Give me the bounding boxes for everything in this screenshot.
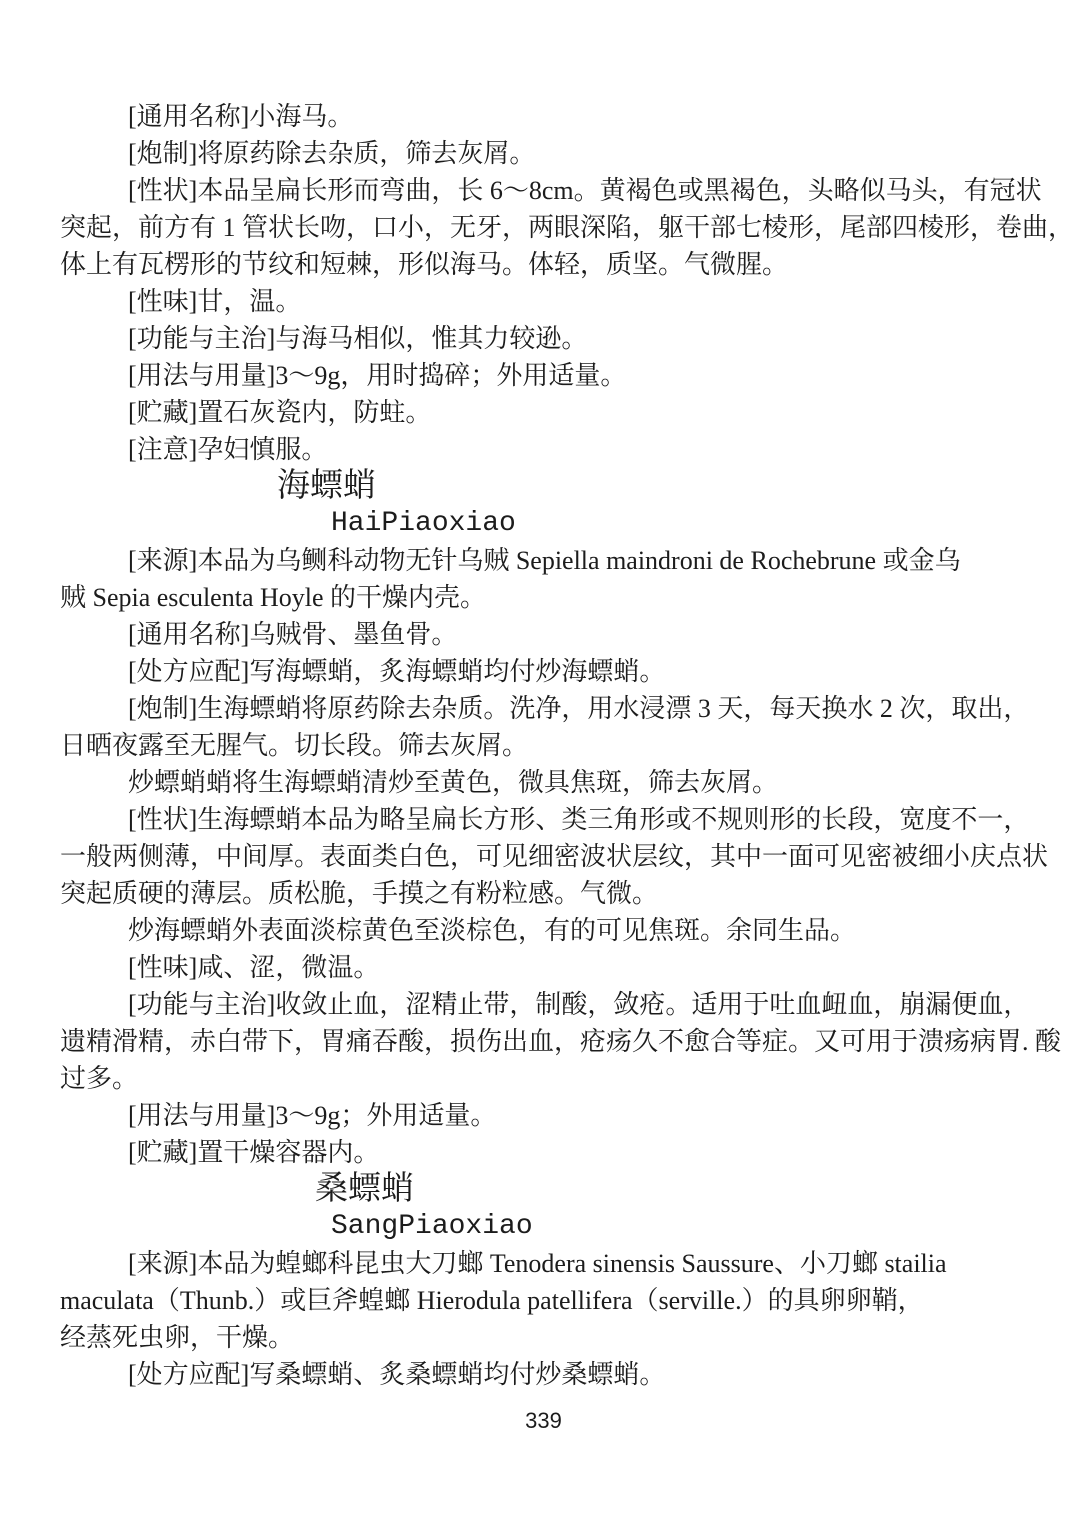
text-line: [通用名称]乌贼骨、墨鱼骨。: [60, 616, 1050, 653]
text-line: [来源]本品为蝗螂科昆虫大刀螂 Tenodera sinensis Saussu…: [60, 1245, 1050, 1282]
text-line: [性状]生海螵蛸本品为略呈扁长方形、类三角形或不规则形的长段，宽度不一，: [60, 801, 1050, 838]
text-line: 贼 Sepia esculenta Hoyle 的干燥内壳。: [60, 579, 1050, 616]
text-line: [性味]甘，温。: [60, 283, 1050, 320]
text-line: [炮制]生海螵蛸将原药除去杂质。洗净，用水浸漂 3 天，每天换水 2 次，取出，: [60, 690, 1050, 727]
document-body: [通用名称]小海马。 [炮制]将原药除去杂质，筛去灰屑。 [性状]本品呈扁长形而…: [60, 98, 1050, 1393]
text-line: 突起质硬的薄层。质松脆，手摸之有粉粒感。气微。: [60, 875, 1050, 912]
text-line: [贮藏]置石灰瓷内，防蛀。: [60, 394, 1050, 431]
text-line: [用法与用量]3～9g；外用适量。: [60, 1097, 1050, 1134]
text-line: [用法与用量]3～9g，用时捣碎；外用适量。: [60, 357, 1050, 394]
document-page: [通用名称]小海马。 [炮制]将原药除去杂质，筛去灰屑。 [性状]本品呈扁长形而…: [0, 0, 1087, 1536]
text-line: [功能与主治]与海马相似，惟其力较逊。: [60, 320, 1050, 357]
entry-title-pinyin: HaiPiaoxiao: [60, 505, 1050, 542]
text-line: [炮制]将原药除去杂质，筛去灰屑。: [60, 135, 1050, 172]
text-line: [通用名称]小海马。: [60, 98, 1050, 135]
text-line: [处方应配]写海螵蛸，炙海螵蛸均付炒海螵蛸。: [60, 653, 1050, 690]
text-line: [性味]咸、涩，微温。: [60, 949, 1050, 986]
text-line: [来源]本品为乌鲗科动物无针乌贼 Sepiella maindroni de R…: [60, 542, 1050, 579]
text-line: 体上有瓦楞形的节纹和短棘，形似海马。体轻，质坚。气微腥。: [60, 246, 1050, 283]
text-line: 炒螵蛸蛸将生海螵蛸清炒至黄色，微具焦斑，筛去灰屑。: [60, 764, 1050, 801]
entry-title-pinyin: SangPiaoxiao: [60, 1208, 1050, 1245]
text-line: [处方应配]写桑螵蛸、炙桑螵蛸均付炒桑螵蛸。: [60, 1356, 1050, 1393]
text-line: [性状]本品呈扁长形而弯曲，长 6～8cm。黄褐色或黑褐色，头略似马头，有冠状: [60, 172, 1050, 209]
text-line: 日晒夜露至无腥气。切长段。筛去灰屑。: [60, 727, 1050, 764]
entry-title-cn: 海螵蛸: [60, 468, 1050, 505]
text-line: 突起，前方有 1 管状长吻，口小，无牙，两眼深陷，躯干部七棱形，尾部四棱形，卷曲…: [60, 209, 1050, 246]
text-line: [贮藏]置干燥容器内。: [60, 1134, 1050, 1171]
entry-title-cn: 桑螵蛸: [60, 1171, 1050, 1208]
text-line: [注意]孕妇慎服。: [60, 431, 1050, 468]
text-line: 经蒸死虫卵，干燥。: [60, 1319, 1050, 1356]
text-line: maculata（Thunb.）或巨斧蝗螂 Hierodula patellif…: [60, 1282, 1050, 1319]
text-line: 遗精滑精，赤白带下，胃痛吞酸，损伤出血，疮疡久不愈合等症。又可用于溃疡病胃. 酸: [60, 1023, 1050, 1060]
text-line: 炒海螵蛸外表面淡棕黄色至淡棕色，有的可见焦斑。余同生品。: [60, 912, 1050, 949]
text-line: 一般两侧薄，中间厚。表面类白色，可见细密波状层纹，其中一面可见密被细小庆点状: [60, 838, 1050, 875]
text-line: [功能与主治]收敛止血，涩精止带，制酸，敛疮。适用于吐血衄血，崩漏便血，: [60, 986, 1050, 1023]
page-number: 339: [0, 1408, 1087, 1434]
text-line: 过多。: [60, 1060, 1050, 1097]
